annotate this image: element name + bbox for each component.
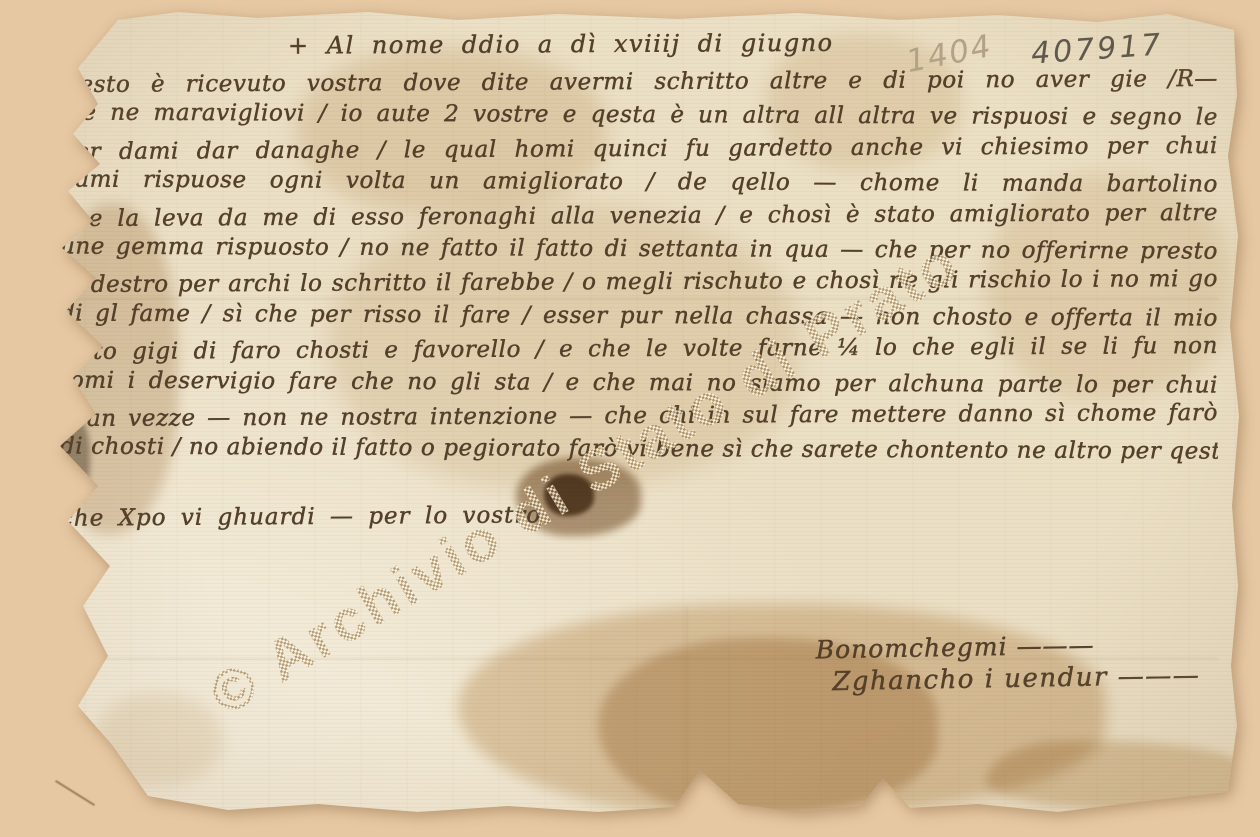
stain-bottom-left [96, 694, 221, 786]
manuscript-line: di chosti / no abiendo il fatto o pegior… [60, 431, 1218, 469]
signature-block: Bonomchegmi ——— Zghancho i uendur ——— [815, 629, 1200, 698]
signature-line-1: Bonomchegmi ——— [815, 629, 1199, 665]
fold-crease [686, 606, 688, 811]
manuscript-line: ditto gigi di faro chosti e favorello / … [60, 330, 1218, 369]
manuscript-line: dami rispuose ogni volta un amigliorato … [60, 164, 1218, 202]
ink-blotch-core [544, 474, 594, 516]
stain-corner-fold [986, 741, 1248, 811]
paper-surface: 1404 407917 + Al nome ddio a dì xviiij d… [38, 6, 1240, 820]
letter-body: Qesto è ricevuto vostra dove dite avermi… [60, 66, 1218, 467]
signature-line-2: Zghancho i uendur ——— [832, 661, 1200, 697]
paper-sheet: 1404 407917 + Al nome ddio a dì xviiij d… [38, 6, 1240, 820]
letter-closing-line: che Xpo vi ghuardi — per lo vostro [60, 499, 541, 536]
manuscript-line: vi destro per archi lo schritto il fareb… [60, 263, 1218, 302]
manuscript-line: me ne maravigliovi / io aute 2 vostre e … [60, 97, 1218, 135]
manuscript-line: che la leva da me di esso feronaghi alla… [60, 197, 1218, 236]
letter-heading: + Al nome ddio a dì xviiij di giugno [288, 28, 908, 59]
manuscript-line: tomi i deservigio fare che no gli sta / … [60, 364, 1218, 402]
manuscript-scan: 1404 407917 + Al nome ddio a dì xviiij d… [0, 0, 1260, 837]
